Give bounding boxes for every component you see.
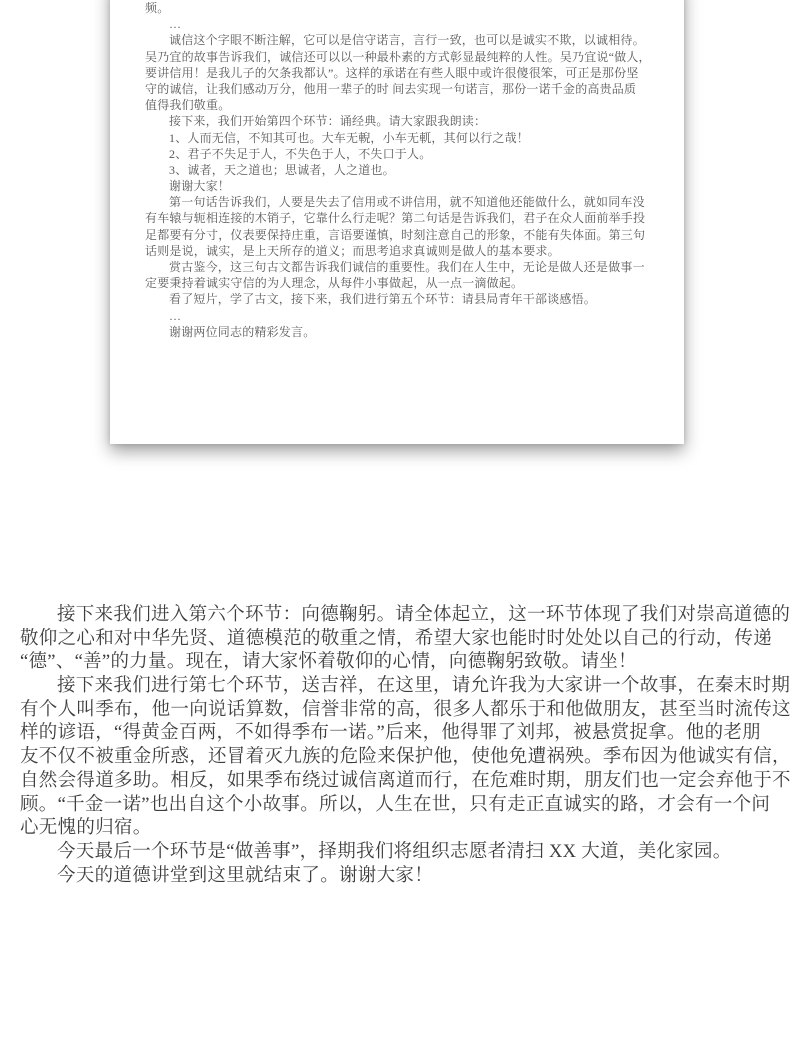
document-preview-line: 3、诚者，天之道也；思诚者，人之道也。 bbox=[145, 162, 658, 178]
transcript-line: 自然会得道多助。相反，如果季布绕过诚信离道而行，在危难时期，朋友们也一定会弃他于… bbox=[20, 770, 792, 794]
document-preview-line: … bbox=[145, 16, 658, 32]
document-preview-line: 频。 bbox=[145, 0, 658, 16]
transcript-line: 顾。“千金一诺”也出自这个小故事。所以，人生在世，只有走正直诚实的路，才会有一个… bbox=[20, 794, 792, 818]
document-preview-line: 1、人而无信，不知其可也。大车无輗，小车无軏，其何以行之哉！ bbox=[145, 130, 658, 146]
transcript-line: 样的谚语，“得黄金百两，不如得季布一诺。”后来，他得罪了刘邦，被悬赏捉拿。他的老… bbox=[20, 722, 792, 746]
document-preview-line: 诚信这个字眼不断注解，它可以是信守诺言，言行一致，也可以是诚实不欺，以诚相待。 bbox=[145, 32, 658, 48]
document-preview-line: 守的诚信，让我们感动万分，他用一辈子的时 间去实现一句诺言，那份一诺千金的高贵品… bbox=[145, 81, 658, 97]
document-preview-line: 足都要有分寸，仪表要保持庄重，言语要谨慎，时刻注意自己的形象，不能有失体面。第三… bbox=[145, 227, 658, 243]
document-preview-line: 谢谢两位同志的精彩发言。 bbox=[145, 324, 658, 340]
transcript-line: 敬仰之心和对中华先贤、道德模范的敬重之情，希望大家也能时时处处以自己的行动，传递 bbox=[20, 628, 792, 652]
document-preview-line: 接下来，我们开始第四个环节：诵经典。请大家跟我朗读： bbox=[145, 113, 658, 129]
document-preview-line: 看了短片，学了古文，接下来，我们进行第五个环节：请县局青年干部谈感悟。 bbox=[145, 291, 658, 307]
document-preview-line: 定要秉持着诚实守信的为人理念，从每件小事做起，从一点一滴做起。 bbox=[145, 275, 658, 291]
transcript-line: “德”、“善”的力量。现在，请大家怀着敬仰的心情，向德鞠躬致敬。请坐！ bbox=[20, 651, 792, 675]
transcript-line: 今天的道德讲堂到这里就结束了。谢谢大家！ bbox=[20, 865, 792, 889]
transcript-line: 接下来我们进入第六个环节：向德鞠躬。请全体起立，这一环节体现了我们对崇高道德的 bbox=[20, 604, 792, 628]
transcript-line: 友不仅不被重金所惑，还冒着灭九族的危险来保护他，使他免遭祸殃。季布因为他诚实有信… bbox=[20, 746, 792, 770]
document-preview-text: 频。 … 诚信这个字眼不断注解，它可以是信守诺言，言行一致，也可以是诚实不欺，以… bbox=[145, 0, 658, 340]
document-preview-line: 第一句话告诉我们，人要是失去了信用或不讲信用，就不知道他还能做什么，就如同车没 bbox=[145, 194, 658, 210]
transcript-line: 接下来我们进行第七个环节，送吉祥，在这里，请允许我为大家讲一个故事，在秦末时期 bbox=[20, 675, 792, 699]
document-preview-line: 话则是说，诚实，是上天所存的道义；而思考追求真诚则是做人的基本要求。 bbox=[145, 243, 658, 259]
document-preview-line: 要讲信用！是我儿子的欠条我都认”。这样的承诺在有些人眼中或许很傻很笨，可正是那份… bbox=[145, 65, 658, 81]
document-preview-line: 谢谢大家！ bbox=[145, 178, 658, 194]
document-viewer-page: { "colors": { "background": "#ffffff", "… bbox=[0, 0, 800, 1061]
document-preview-line: 赏古鉴今，这三句古文都告诉我们诚信的重要性。我们在人生中，无论是做人还是做事一 bbox=[145, 259, 658, 275]
transcript-line: 有个人叫季布，他一向说话算数，信誉非常的高，很多人都乐于和他做朋友，甚至当时流传… bbox=[20, 699, 792, 723]
document-preview-line: 有车辕与轭相连接的木销子，它靠什么行走呢？第二句话是告诉我们，君子在众人面前举手… bbox=[145, 210, 658, 226]
document-preview-line: 吴乃宜的故事告诉我们，诚信还可以以一种最朴素的方式彰显最纯粹的人性。吴乃宜说“做… bbox=[145, 49, 658, 65]
document-preview-line: 2、君子不失足于人，不失色于人，不失口于人。 bbox=[145, 146, 658, 162]
transcript-line: 今天最后一个环节是“做善事”，择期我们将组织志愿者清扫 XX 大道，美化家园。 bbox=[20, 841, 792, 865]
document-preview-page: 频。 … 诚信这个字眼不断注解，它可以是信守诺言，言行一致，也可以是诚实不欺，以… bbox=[110, 0, 684, 444]
transcript-line: 心无愧的归宿。 bbox=[20, 817, 792, 841]
document-preview-line: … bbox=[145, 308, 658, 324]
transcript-section: 接下来我们进入第六个环节：向德鞠躬。请全体起立，这一环节体现了我们对崇高道德的 … bbox=[20, 604, 792, 888]
document-preview-line: 值得我们敬重。 bbox=[145, 97, 658, 113]
